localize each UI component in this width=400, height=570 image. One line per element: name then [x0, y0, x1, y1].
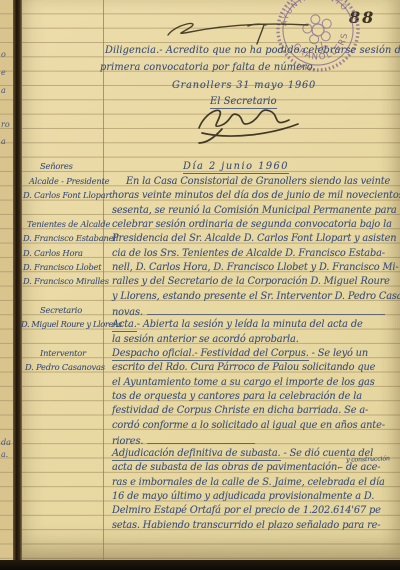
body-line: setas. Habiendo transcurrido el plazo se…	[112, 519, 380, 533]
edge-text-fragment: a	[1, 86, 6, 95]
edge-text-fragment: da	[1, 438, 11, 447]
edge-text-fragment: a	[1, 137, 6, 146]
previous-page-edge: o e a ro a da a.	[0, 0, 13, 560]
diligencia-line-1: Diligencia.- Acredito que no ha podido c…	[105, 44, 400, 58]
diligencia-place-date: Granollers 31 mayo 1960	[172, 79, 316, 93]
body-line: Acta.- Abierta la sesión y leída la minu…	[112, 318, 363, 332]
line-filler-stroke	[147, 433, 255, 444]
body-line: Presidencia del Sr. Alcalde D. Carlos Fo…	[112, 232, 396, 246]
margin-role-interventor: Interventor	[40, 347, 86, 359]
body-line: ras e imbornales de la calle de S. Jaime…	[112, 476, 385, 490]
body-line: el Ayuntamiento tome a su cargo el impor…	[112, 376, 375, 390]
body-line: Despacho oficial.- Festividad del Corpus…	[112, 347, 368, 361]
margin-name-llobet: D. Francisco Llobet	[23, 261, 101, 273]
body-line: festividad de Corpus Christe en dicha ba…	[112, 404, 368, 418]
line-filler-stroke	[147, 304, 385, 315]
body-line: cordó conforme a lo solicitado al igual …	[112, 419, 385, 433]
margin-name-miralles: D. Francisco Miralles	[23, 275, 109, 287]
edge-text-fragment: a.	[1, 450, 8, 459]
body-line: Delmiro Estapé Ortafá por el precio de 1…	[112, 504, 381, 518]
body-line: y Llorens, estando presente el Sr. Inter…	[112, 290, 400, 304]
body-line: celebrar sesión ordinaria de segunda con…	[112, 218, 392, 232]
margin-name-estabanell: D. Francisco Estabanell	[23, 232, 118, 244]
margin-role-secretario: Secretario	[40, 304, 82, 316]
edge-text-fragment: o	[1, 50, 6, 59]
body-line: En la Casa Consistorial de Granollers si…	[112, 175, 390, 189]
edge-text-fragment: e	[1, 68, 6, 77]
scanned-minutes-page: o e a ro a da a. 88 AY	[0, 0, 400, 570]
body-line: sesenta, se reunió la Comisión Municipal…	[112, 204, 397, 218]
edge-text-fragment: ro	[1, 120, 10, 129]
book-binding-gutter	[13, 0, 22, 560]
secretary-signature	[192, 100, 307, 146]
body-line: cia de los Srs. Tenientes de Alcalde D. …	[112, 247, 385, 261]
body-line: Adjudicación definitiva de subasta. - Se…	[112, 447, 373, 461]
body-line: horas veinte minutos del día dos de juni…	[112, 189, 400, 203]
body-line: escrito del Rdo. Cura Párroco de Palou s…	[112, 361, 375, 375]
body-line: nell, D. Carlos Hora, D. Francisco Llobe…	[112, 261, 399, 275]
margin-header: Señores	[40, 160, 73, 172]
body-line: acta de subasta de las obras de paviment…	[112, 461, 380, 475]
photo-bottom-edge	[0, 560, 400, 570]
body-line: 16 de mayo último y adjudicada provision…	[112, 490, 374, 504]
body-line: la sesión anterior se acordó aprobarla.	[112, 333, 299, 347]
margin-name-font-llopart: D. Carlos Font Llopart	[23, 189, 112, 201]
body-line: tos de orquesta y cantores para la celeb…	[112, 390, 362, 404]
margin-name-hora: D. Carlos Hora	[23, 247, 83, 259]
pen-flourish-mark	[160, 12, 315, 47]
margin-name-casanovas: D. Pedro Casanovas	[25, 361, 105, 373]
session-date-heading: Día 2 junio 1960	[183, 161, 289, 174]
margin-name-roure: D. Miguel Roure y Llorens	[21, 318, 122, 330]
margin-role-tenientes: Tenientes de Alcalde	[27, 218, 110, 230]
diligencia-line-2: primera convocatoria por falta de número…	[100, 61, 316, 75]
margin-role-alcalde: Alcalde - Presidente	[29, 175, 109, 187]
body-line: ralles y del Secretario de la Corporació…	[112, 275, 390, 289]
